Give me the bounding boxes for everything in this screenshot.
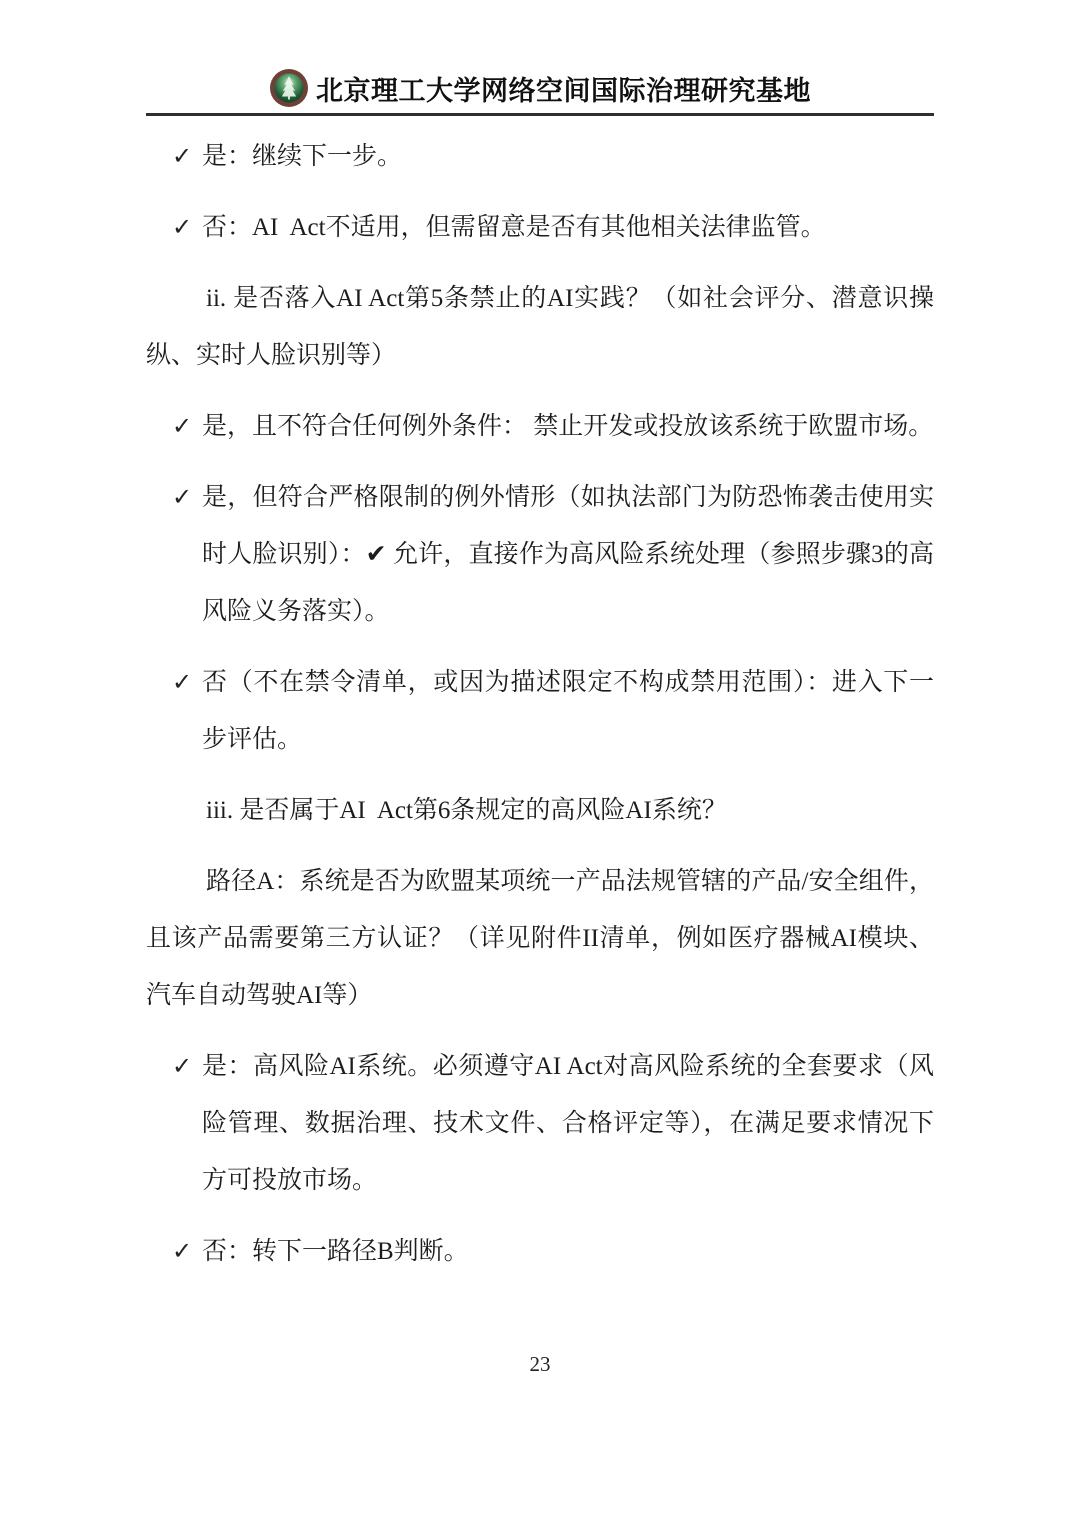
checkmark-icon: ✓ — [172, 128, 192, 185]
checklist-item-text: 是，且不符合任何例外条件： 禁止开发或投放该系统于欧盟市场。 — [202, 413, 933, 440]
checklist-item: ✓否：AI Act不适用，但需留意是否有其他相关法律监管。 — [146, 199, 934, 256]
paragraph: 路径A：系统是否为欧盟某项统一产品法规管辖的产品/安全组件，且该产品需要第三方认… — [146, 853, 934, 1024]
page-number: 23 — [0, 1352, 1080, 1377]
organization-title: 北京理工大学网络空间国际治理研究基地 — [316, 69, 811, 108]
document-page: 北京理工大学网络空间国际治理研究基地 ✓是：继续下一步。✓否：AI Act不适用… — [0, 0, 1080, 1527]
paragraph: iii. 是否属于AI Act第6条规定的高风险AI系统？ — [146, 782, 934, 839]
checkmark-icon: ✓ — [172, 1223, 192, 1280]
checklist-item-text: 否：转下一路径B判断。 — [202, 1238, 469, 1265]
checkmark-icon: ✓ — [172, 199, 192, 256]
checklist-item: ✓是：高风险AI系统。必须遵守AI Act对高风险系统的全套要求（风险管理、数据… — [146, 1038, 934, 1209]
checklist-item: ✓是，且不符合任何例外条件： 禁止开发或投放该系统于欧盟市场。 — [146, 398, 934, 455]
checklist-item: ✓否：转下一路径B判断。 — [146, 1223, 934, 1280]
checklist-item-text: 是：继续下一步。 — [202, 143, 402, 170]
checkmark-icon: ✓ — [172, 1038, 192, 1095]
checklist-item: ✓否（不在禁令清单，或因为描述限定不构成禁用范围）：进入下一步评估。 — [146, 654, 934, 768]
bit-emblem-icon — [269, 68, 309, 108]
document-body: ✓是：继续下一步。✓否：AI Act不适用，但需留意是否有其他相关法律监管。ii… — [146, 128, 934, 1280]
paragraph: ii. 是否落入AI Act第5条禁止的AI实践？（如社会评分、潜意识操纵、实时… — [146, 270, 934, 384]
checklist-item-text: 是：高风险AI系统。必须遵守AI Act对高风险系统的全套要求（风险管理、数据治… — [202, 1053, 934, 1194]
checklist-item: ✓是：继续下一步。 — [146, 128, 934, 185]
checklist-item-text: 否：AI Act不适用，但需留意是否有其他相关法律监管。 — [202, 214, 826, 241]
checkmark-icon: ✓ — [172, 398, 192, 455]
page-header: 北京理工大学网络空间国际治理研究基地 — [146, 0, 934, 116]
checklist-item-text: 否（不在禁令清单，或因为描述限定不构成禁用范围）：进入下一步评估。 — [202, 669, 934, 753]
checkmark-icon: ✓ — [172, 469, 192, 526]
checklist-item: ✓是，但符合严格限制的例外情形（如执法部门为防恐怖袭击使用实时人脸识别）：✔ 允… — [146, 469, 934, 640]
checklist-item-text: 是，但符合严格限制的例外情形（如执法部门为防恐怖袭击使用实时人脸识别）：✔ 允许… — [202, 484, 934, 625]
checkmark-icon: ✓ — [172, 654, 192, 711]
